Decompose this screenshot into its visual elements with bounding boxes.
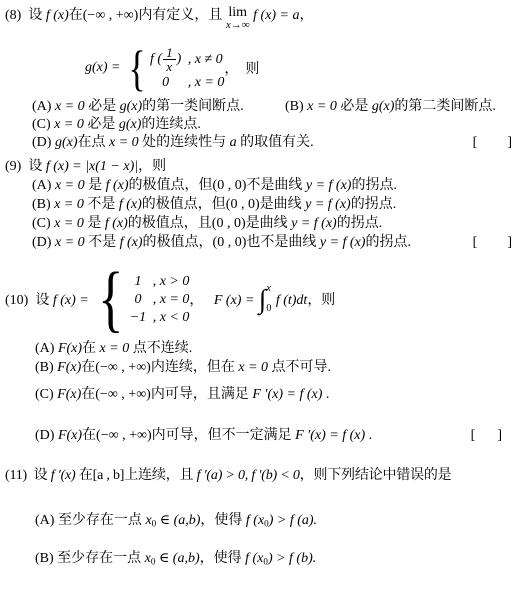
- text-segment: 在: [76, 468, 93, 483]
- piecewise-row1-condition: , x > 0: [149, 273, 189, 290]
- text-segment: ， 则: [224, 62, 259, 77]
- text-segment: a: [230, 135, 237, 150]
- text-segment: 必是: [85, 99, 120, 114]
- text-segment: (C): [35, 387, 57, 402]
- text-segment: (B): [35, 360, 57, 375]
- formula-then-text: ， 则: [224, 58, 259, 78]
- text-segment: x = 0: [55, 235, 85, 250]
- text-segment: ) > f (b).: [268, 551, 316, 566]
- text-segment: (D): [32, 135, 55, 150]
- text-segment: 内可导，但不一定满足: [152, 428, 296, 443]
- text-segment: 在点: [77, 135, 109, 150]
- piecewise-row1-value: 1: [134, 273, 141, 290]
- text-segment: (10) 设: [5, 293, 53, 308]
- text-segment: 也不是曲线: [246, 235, 320, 250]
- text-segment: x = 0: [238, 360, 268, 375]
- text-segment: 至少存在一点: [57, 551, 145, 566]
- text-segment: .: [322, 387, 329, 402]
- piecewise-row2-condition: , x = 0: [149, 291, 189, 308]
- text-segment: x = 0: [54, 216, 84, 231]
- text-segment: (0 , 0): [213, 235, 247, 250]
- limit-operator: lim: [228, 6, 247, 19]
- question-8-header: (8) 设 f (x)在(−∞ , +∞)内有定义，且 limx→∞ f (x)…: [5, 6, 520, 40]
- text-segment: (0 , 0): [213, 178, 247, 193]
- answer-bracket: []: [471, 426, 502, 446]
- text-segment: f (x): [106, 178, 129, 193]
- piecewise-row1-condition: , x ≠ 0: [184, 51, 222, 68]
- text-segment: ，使得: [200, 513, 246, 528]
- row1-post: ): [177, 51, 182, 66]
- question-8-options-ab: (A) x = 0 必是 g(x)的第一类间断点. (B) x = 0 必是 g…: [32, 98, 520, 116]
- text-segment: g(x): [55, 135, 78, 150]
- question-10-header-text: (10) 设 f (x) =: [5, 289, 92, 309]
- text-segment: ) > f (a).: [269, 513, 317, 528]
- text-segment: 内有定义，且: [138, 8, 226, 23]
- bracket-open: [: [473, 233, 478, 252]
- integral-lower-limit: 0: [266, 304, 271, 314]
- left-brace-symbol: {: [128, 43, 145, 93]
- text-segment: ，: [189, 293, 214, 308]
- text-segment: y = f (x): [306, 178, 352, 193]
- piecewise-row2-condition: , x = 0: [184, 74, 224, 91]
- text-segment: f (x) = a: [250, 8, 300, 23]
- limit-subscript: x→∞: [226, 19, 250, 32]
- text-segment: f (x: [245, 551, 263, 566]
- formula-lhs: g(x) =: [85, 60, 124, 76]
- text-segment: 的极值点，: [143, 235, 213, 250]
- text-segment: ，则: [138, 159, 166, 174]
- text-segment: (11) 设: [5, 468, 51, 483]
- integral-limits: x0: [266, 284, 271, 314]
- text-segment: y = f (x): [305, 197, 351, 212]
- text-segment: 的拐点.: [351, 178, 397, 193]
- text-segment: f (x) =: [53, 293, 92, 308]
- piecewise-rows: 1 , x > 0 0 , x = 0 −1 , x < 0: [130, 273, 190, 326]
- text-segment: 至少存在一点: [58, 513, 146, 528]
- text-segment: (B): [32, 197, 54, 212]
- text-segment: f (x): [119, 197, 142, 212]
- text-segment: 内可导，且满足: [151, 387, 253, 402]
- text-segment: 必是: [337, 99, 372, 114]
- question-8-piecewise-formula: g(x) = { f (1x) , x ≠ 0 0 , x = 0 ， 则: [85, 42, 520, 94]
- text-segment: (−∞ , +∞): [83, 8, 139, 23]
- bracket-close: ]: [497, 426, 502, 446]
- text-segment: f ′(a) > 0, f ′(b) < 0: [197, 468, 300, 483]
- text-segment: 的极值点，但: [142, 197, 226, 212]
- text-segment: F(x): [58, 428, 82, 443]
- question-9-option-a: (A) x = 0 是 f (x)的极值点，但(0 , 0)不是曲线 y = f…: [32, 176, 520, 195]
- text-segment: 的拐点.: [365, 235, 411, 250]
- text-segment: f (t)dt: [272, 293, 307, 308]
- fraction-numerator: 1: [163, 46, 176, 60]
- text-segment: x = 0: [55, 178, 85, 193]
- row1-pre: f (: [150, 51, 162, 66]
- text-segment: F(x): [58, 341, 82, 356]
- fraction-denominator: x: [166, 60, 172, 73]
- text-segment: ，则下列结论中错误的是: [300, 468, 452, 483]
- text-segment: 必是: [84, 117, 119, 132]
- text-segment: 的极值点，但: [129, 178, 213, 193]
- text-segment: ∈ (a,b): [155, 551, 199, 566]
- text-segment: 在: [82, 428, 96, 443]
- text-segment: x = 0: [54, 197, 84, 212]
- question-10-option-b: (B) F(x)在(−∞ , +∞)内连续，但在 x = 0 点不可导.: [35, 358, 520, 378]
- question-8-option-b: (B) x = 0 必是 g(x)的第二类间断点.: [285, 98, 496, 116]
- text-segment: f (x): [46, 8, 69, 23]
- question-9-option-b: (B) x = 0 不是 f (x)的极值点，但(0 , 0)是曲线 y = f…: [32, 195, 520, 214]
- text-segment: (D): [35, 428, 58, 443]
- text-segment: (B): [35, 551, 57, 566]
- bracket-close: ]: [507, 134, 512, 152]
- question-10-header-tail: f (t)dt，则: [272, 289, 335, 309]
- text-segment: (D): [32, 235, 55, 250]
- piecewise-row2-value: 0: [134, 291, 141, 308]
- text-segment: 在: [82, 341, 100, 356]
- text-segment: (B): [285, 99, 307, 114]
- text-segment: g(x): [120, 99, 143, 114]
- option-text: (D) F(x)在(−∞ , +∞)内可导，但不一定满足 F ′(x) = f …: [35, 428, 372, 443]
- bracket-open: [: [473, 134, 478, 152]
- fraction: 1x: [163, 46, 176, 73]
- question-10-option-d: (D) F(x)在(−∞ , +∞)内可导，但不一定满足 F ′(x) = f …: [35, 426, 520, 446]
- text-segment: 点不连续.: [129, 341, 192, 356]
- text-segment: f (x) = |x(1 − x)|: [46, 159, 138, 174]
- piecewise-row2-value: 0: [162, 74, 169, 91]
- text-segment: .: [365, 428, 372, 443]
- question-8-header-tail: f (x) = a，: [250, 8, 314, 23]
- text-segment: f (x: [246, 513, 264, 528]
- question-10-header-mid: ， F (x) =: [189, 289, 258, 309]
- text-segment: F (x) =: [214, 293, 258, 308]
- text-segment: 的第一类间断点.: [142, 99, 244, 114]
- text-segment: (A): [32, 99, 55, 114]
- question-10-header: (10) 设 f (x) = { 1 , x > 0 0 , x = 0 −1 …: [5, 262, 520, 336]
- text-segment: 的极值点，且: [128, 216, 212, 231]
- question-10-option-a: (A) F(x)在 x = 0 点不连续.: [35, 339, 520, 358]
- bracket-open: [: [471, 426, 476, 446]
- text-segment: 不是: [84, 197, 119, 212]
- left-brace-symbol: {: [98, 262, 124, 336]
- text-segment: ∈ (a,b): [156, 513, 200, 528]
- text-segment: x = 0: [109, 135, 139, 150]
- text-segment: 的拐点.: [351, 197, 397, 212]
- text-segment: ，则: [307, 293, 335, 308]
- text-segment: x = 0: [307, 99, 337, 114]
- text-segment: 在: [81, 360, 95, 375]
- bracket-close: ]: [507, 233, 512, 252]
- exam-page: (8) 设 f (x)在(−∞ , +∞)内有定义，且 limx→∞ f (x)…: [0, 0, 528, 569]
- question-11-option-b: (B) 至少存在一点 x0 ∈ (a,b)，使得 f (x0) > f (b).: [35, 549, 520, 569]
- text-segment: (−∞ , +∞): [95, 387, 151, 402]
- text-segment: [a , b]: [93, 468, 125, 483]
- piecewise-rows: f (1x) , x ≠ 0 0 , x = 0: [150, 46, 224, 91]
- integral-upper-limit: x: [266, 284, 271, 294]
- text-segment: (C): [32, 117, 54, 132]
- question-8-option-a: (A) x = 0 必是 g(x)的第一类间断点.: [32, 99, 244, 114]
- text-segment: 是曲线: [246, 216, 292, 231]
- question-11-option-a: (A) 至少存在一点 x0 ∈ (a,b)，使得 f (x0) > f (a).: [35, 511, 520, 531]
- text-segment: 上连续，且: [124, 468, 196, 483]
- text-segment: F ′(x) = f (x): [252, 387, 322, 402]
- text-segment: 的拐点.: [337, 216, 383, 231]
- text-segment: 是曲线: [260, 197, 306, 212]
- text-segment: x = 0: [55, 99, 85, 114]
- question-8-option-c: (C) x = 0 必是 g(x)的连续点.: [32, 116, 520, 134]
- limit-expression: limx→∞: [226, 6, 250, 32]
- text-segment: 的取值有关.: [237, 135, 314, 150]
- text-segment: y = f (x): [320, 235, 366, 250]
- text-segment: (8) 设: [5, 8, 46, 23]
- text-segment: 内连续，但在: [151, 360, 239, 375]
- text-segment: (−∞ , +∞): [96, 428, 152, 443]
- text-segment: (0 , 0): [212, 216, 246, 231]
- text-segment: (0 , 0): [226, 197, 260, 212]
- question-11-header: (11) 设 f ′(x) 在[a , b]上连续，且 f ′(a) > 0, …: [5, 466, 520, 486]
- text-segment: y = f (x): [291, 216, 337, 231]
- text-segment: ，使得: [200, 551, 246, 566]
- text-segment: (C): [32, 216, 54, 231]
- answer-bracket: []: [473, 134, 512, 152]
- text-segment: (A): [35, 341, 58, 356]
- piecewise-row3-value: −1: [130, 309, 146, 326]
- text-segment: (A): [35, 513, 58, 528]
- text-segment: 不是: [85, 235, 120, 250]
- text-segment: 点不可导.: [268, 360, 331, 375]
- text-segment: (A): [32, 178, 55, 193]
- text-segment: f (x): [105, 216, 128, 231]
- text-segment: 是: [85, 178, 106, 193]
- text-segment: 是: [84, 216, 105, 231]
- text-segment: 不是曲线: [246, 178, 306, 193]
- question-8-header-text: (8) 设 f (x)在(−∞ , +∞)内有定义，且: [5, 8, 226, 23]
- text-segment: 在: [69, 8, 83, 23]
- text-segment: 处的连续性与: [139, 135, 230, 150]
- question-8-option-d: (D) g(x)在点 x = 0 处的连续性与 a 的取值有关. []: [32, 134, 520, 152]
- answer-bracket: []: [473, 233, 512, 252]
- text-segment: g(x): [119, 117, 142, 132]
- text-segment: (9) 设: [5, 159, 46, 174]
- question-9-option-d: (D) x = 0 不是 f (x)的极值点，(0 , 0)也不是曲线 y = …: [32, 233, 520, 252]
- text-segment: g(x): [372, 99, 395, 114]
- text-segment: f (x): [120, 235, 143, 250]
- text-segment: (−∞ , +∞): [95, 360, 151, 375]
- question-9-header: (9) 设 f (x) = |x(1 − x)|，则: [5, 157, 520, 176]
- text-segment: 的第二类间断点.: [394, 99, 496, 114]
- text-segment: ，: [299, 8, 313, 23]
- option-text: (D) g(x)在点 x = 0 处的连续性与 a 的取值有关.: [32, 135, 314, 150]
- piecewise-row3-condition: , x < 0: [149, 309, 189, 326]
- option-text: (D) x = 0 不是 f (x)的极值点，(0 , 0)也不是曲线 y = …: [32, 235, 411, 250]
- text-segment: 的连续点.: [141, 117, 201, 132]
- text-segment: x = 0: [54, 117, 84, 132]
- text-segment: 在: [81, 387, 95, 402]
- question-9-option-c: (C) x = 0 是 f (x)的极值点，且(0 , 0)是曲线 y = f …: [32, 214, 520, 233]
- question-10-option-c: (C) F(x)在(−∞ , +∞)内可导，且满足 F ′(x) = f (x)…: [35, 385, 520, 405]
- text-segment: F(x): [57, 360, 81, 375]
- integral-symbol: ∫x0: [259, 284, 271, 314]
- text-segment: x = 0: [100, 341, 130, 356]
- text-segment: F(x): [57, 387, 81, 402]
- piecewise-row1-value: f (1x): [150, 46, 181, 73]
- text-segment: F ′(x) = f (x): [295, 428, 365, 443]
- text-segment: f ′(x): [51, 468, 76, 483]
